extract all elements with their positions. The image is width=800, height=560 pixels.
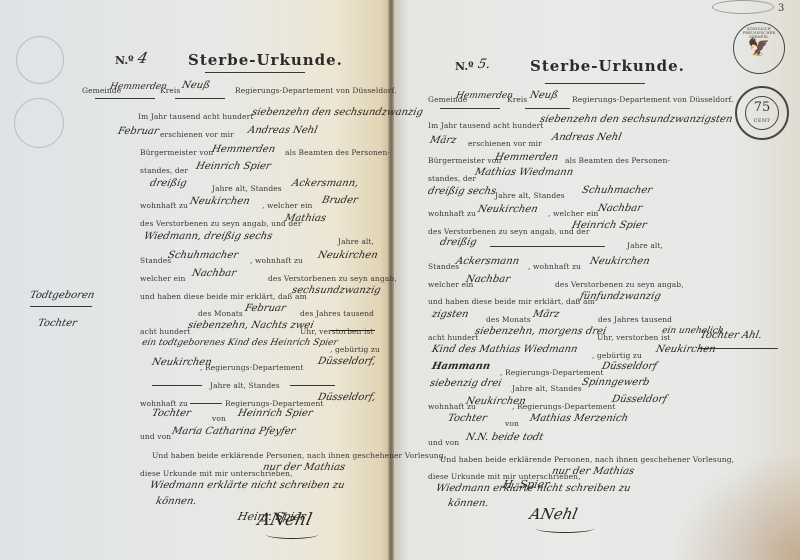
right-page-title: Sterbe-Urkunde. <box>530 57 685 75</box>
page-number: 3 <box>778 3 784 14</box>
bleed-through-stamp-icon <box>16 36 64 84</box>
right-gemeinde-value: Hemmerden <box>455 91 514 101</box>
eagle-tax-stamp-icon: KÖNIGLICH PREUSSISCHER STEMPEL 🦅 <box>733 22 785 74</box>
right-margin-note: Tochter Ahl. <box>699 330 763 341</box>
right-signature-spier: H. Spier <box>502 478 551 491</box>
bleed-through-stamp-icon <box>14 98 64 148</box>
paper-stain <box>670 450 800 560</box>
strikethrough <box>330 330 375 331</box>
left-kreis-value: Neuß <box>181 80 211 91</box>
left-signature-nehl: ANehl <box>256 510 314 530</box>
signature-flourish <box>266 530 318 539</box>
left-page-title: Sterbe-Urkunde. <box>188 51 343 69</box>
signature-flourish <box>536 524 594 533</box>
right-record-number-label: N.º <box>455 60 474 73</box>
left-margin-note-line1: Todtgeboren <box>29 290 96 301</box>
flourish-scribble <box>712 0 774 14</box>
right-kreis-value: Neuß <box>529 90 559 101</box>
right-signature-nehl: ANehl <box>528 505 579 523</box>
value-stamp-75-centimes: 75 CENT <box>735 86 789 140</box>
left-record-number-label: N.º <box>115 54 134 67</box>
left-margin-note-line2: Tochter <box>37 318 78 329</box>
left-gemeinde-value: Hemmerden <box>109 82 168 92</box>
